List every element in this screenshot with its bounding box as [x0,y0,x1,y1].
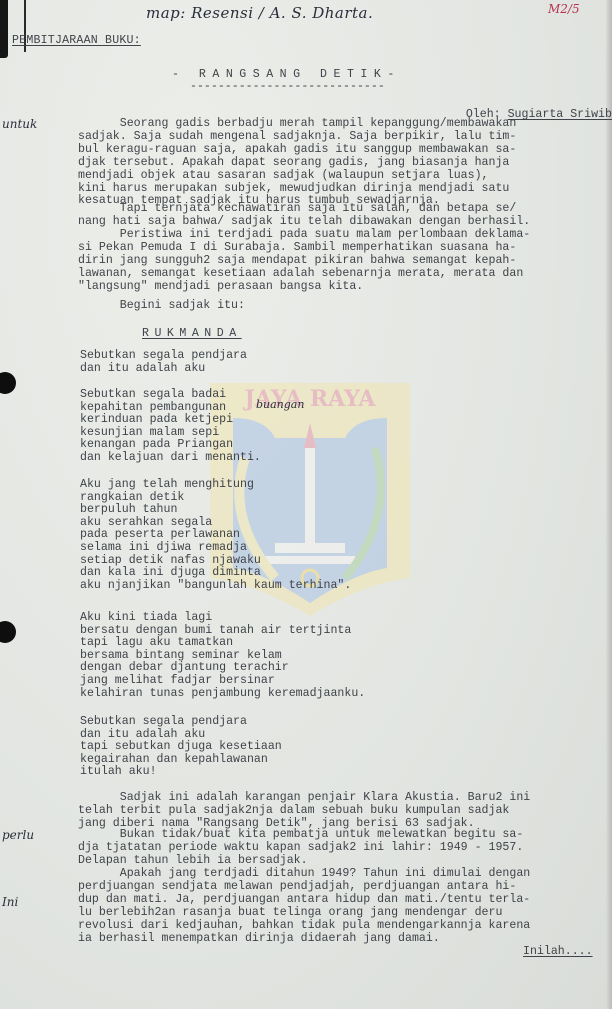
text-line: kerinduan pada ketjepi [80,414,261,427]
text-line: Sebutkan segala pendjara [80,716,282,729]
page-edge [606,0,612,1009]
poem-stanza: Sebutkan segala pendjaradan itu adalah a… [80,350,247,375]
text-line: berpuluh tahun [80,504,351,517]
text-line: Apakah jang terdjadi ditahun 1949? Tahun… [78,868,530,881]
text-line: Sadjak ini adalah karangan penjair Klara… [78,792,530,805]
closing-paragraph: Bukan tidak/buat kita pembatja untuk mel… [78,829,523,868]
poem-stanza: Sebutkan segala pendjaradan itu adalah a… [80,716,282,779]
text-line: Aku jang telah menghitung [80,479,351,492]
poem-stanza: Sebutkan segala badaikepahitan pembangun… [80,389,261,465]
margin-note: Ini [2,895,18,909]
punch-hole-icon [0,372,16,394]
text-line: perdjuangan sendjata melawan pendjadjah,… [78,881,530,894]
text-line: Bukan tidak/buat kita pembatja untuk mel… [78,829,523,842]
margin-note: perlu [2,828,34,842]
text-line: ia berhasil menempatkan dirinja didaerah… [78,933,530,946]
text-line: nang hati saja bahwa/ sadjak itu telah d… [78,216,530,229]
binder-clip-mark [0,0,8,58]
text-line: Sebutkan segala pendjara [80,350,247,363]
text-line: dja tjatatan periode waktu kapan sadjak2… [78,842,523,855]
intro-paragraph: Seorang gadis berbadju merah tampil kepa… [78,118,516,208]
text-line: si Pekan Pemuda I di Surabaja. Sambil me… [78,242,530,255]
text-line: Peristiwa ini terdjadi pada suatu malam … [78,229,530,242]
intro-paragraph: Peristiwa ini terdjadi pada suatu malam … [78,229,530,294]
text-line: djak tersebut. Apakah dapat seorang gadi… [78,157,516,170]
handwritten-header: map: Resensi / A. S. Dharta. [146,4,373,22]
text-line: itulah aku! [80,766,282,779]
poem-stanza: Aku jang telah menghitungrangkaian detik… [80,479,351,592]
handwritten-correction: buangan [256,398,304,411]
text-line: kelahiran tunas penjambung keremadjaanku… [80,688,365,701]
text-line: dup dan mati. Ja, perdjuangan antara hid… [78,894,530,907]
section-heading: PEMBITJARAAN BUKU: [12,34,141,47]
text-line: revolusi dari kedjauhan, bahkan tidak pu… [78,920,530,933]
text-line: tapi sebutkan djuga kesetiaan [80,741,282,754]
text-line: mendjadi objek atau sasaran sadjak (wala… [78,170,516,183]
continuation-marker: Inilah.... [523,945,593,958]
text-line: aku njanjikan "bangunlah kaum terhina". [80,580,351,593]
text-line: dan kala ini djuga diminta [80,567,351,580]
document-page: JAYA RAYA map: Resensi / A. S. Dharta. M… [0,0,612,1009]
text-line: bul keragu-raguan saja, apakah gadis itu… [78,144,516,157]
text-line: sadjak. Saja sudah mengenal sadjaknja. S… [78,131,516,144]
poem-stanza: Aku kini tiada lagibersatu dengan bumi t… [80,612,365,700]
text-line: Tapi ternjata kechawatiran saja itu sala… [78,203,530,216]
text-line: Delapan tahun lebih ia bersadjak. [78,855,523,868]
text-line: telah terbit pula sadjak2nja dalam sebua… [78,805,530,818]
handwritten-page-number: M2/5 [548,2,580,16]
title-rule: ---------------------------- [190,80,385,93]
closing-paragraph: Apakah jang terdjadi ditahun 1949? Tahun… [78,868,530,945]
text-line: lawanan, semangat kesetiaan adalah seben… [78,268,530,281]
text-line: dan itu adalah aku [80,363,247,376]
text-line: tapi lagu aku tamatkan [80,637,365,650]
byline-author: Sugiarta Sriwibawa [508,108,612,121]
text-line: Begini sadjak itu: [78,300,245,313]
poem-title: RUKMANDA [142,327,242,340]
closing-paragraph: Sadjak ini adalah karangan penjair Klara… [78,792,530,831]
margin-note: untuk [2,117,37,131]
text-line: Aku kini tiada lagi [80,612,365,625]
text-line: Sebutkan segala badai [80,389,261,402]
text-line: Seorang gadis berbadju merah tampil kepa… [78,118,516,131]
text-line: dirin jang sungguh2 saja mendapat pikira… [78,255,530,268]
punch-hole-icon [0,621,16,643]
text-line: lu berlebih2an rasanja buat telinga oran… [78,907,530,920]
intro-paragraph: Tapi ternjata kechawatiran saja itu sala… [78,203,530,229]
text-line: dan kelajuan dari menanti. [80,452,261,465]
text-line: selama ini djiwa remadja [80,542,351,555]
intro-paragraph: Begini sadjak itu: [78,300,245,313]
text-line: "langsung" mendjadi perasaan bangsa kita… [78,281,530,294]
text-line: jang melihat fadjar bersinar [80,675,365,688]
